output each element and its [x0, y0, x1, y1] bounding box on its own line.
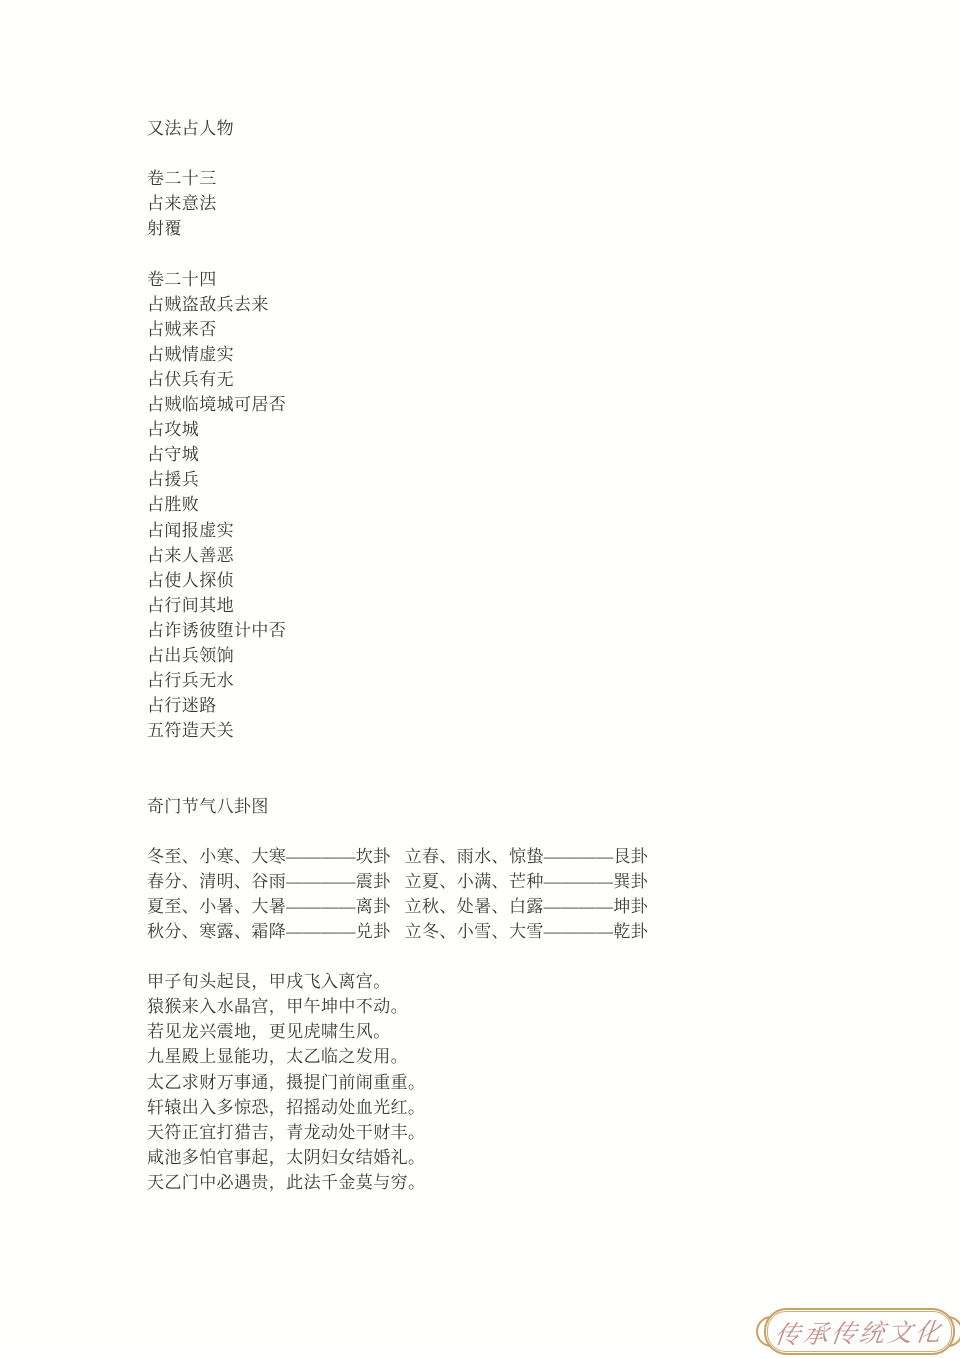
section-solar-terms-map: 冬至、小寒、大寒————坎卦 立春、雨水、惊蛰————艮卦春分、清明、谷雨———…	[147, 844, 648, 944]
section-bagua-title: 奇门节气八卦图	[147, 794, 648, 819]
text-line: 天乙门中必遇贵，此法千金莫与穷。	[147, 1170, 648, 1195]
text-line: 春分、清明、谷雨————震卦 立夏、小满、芒种————巽卦	[147, 869, 648, 894]
text-line: 占来意法	[147, 191, 648, 216]
text-line: 占守城	[147, 442, 648, 467]
text-line: 占出兵领饷	[147, 643, 648, 668]
text-line: 轩辕出入多惊恐，招摇动处血光红。	[147, 1095, 648, 1120]
text-line: 夏至、小暑、大暑————离卦 立秋、处暑、白露————坤卦	[147, 894, 648, 919]
text-line: 占贼临境城可居否	[147, 392, 648, 417]
text-line: 占贼盗敌兵去来	[147, 292, 648, 317]
text-line: 占行间其地	[147, 593, 648, 618]
watermark-badge: 传承传统文化	[764, 1308, 955, 1355]
text-line: 占援兵	[147, 467, 648, 492]
watermark-text: 传承传统文化	[761, 1306, 958, 1356]
text-line: 占伏兵有无	[147, 367, 648, 392]
text-line: 五符造天关	[147, 718, 648, 743]
text-line: 占攻城	[147, 417, 648, 442]
text-line: 占贼情虚实	[147, 342, 648, 367]
document-content: 又法占人物 卷二十三占来意法射覆 卷二十四占贼盗敌兵去来占贼来否占贼情虚实占伏兵…	[147, 116, 648, 1195]
section-poem: 甲子旬头起艮，甲戌飞入离宫。猿猴来入水晶宫，甲午坤中不动。若见龙兴震地，更见虎啸…	[147, 969, 648, 1195]
text-line: 占行兵无水	[147, 668, 648, 693]
text-line: 卷二十四	[147, 267, 648, 292]
text-line: 占使人探侦	[147, 568, 648, 593]
text-line: 占来人善恶	[147, 543, 648, 568]
document-page: 又法占人物 卷二十三占来意法射覆 卷二十四占贼盗敌兵去来占贼来否占贼情虚实占伏兵…	[0, 0, 960, 1358]
text-line: 占行迷路	[147, 693, 648, 718]
text-line: 射覆	[147, 216, 648, 241]
section-preface: 又法占人物	[147, 116, 648, 141]
text-line: 冬至、小寒、大寒————坎卦 立春、雨水、惊蛰————艮卦	[147, 844, 648, 869]
text-line: 占闻报虚实	[147, 518, 648, 543]
text-line: 猿猴来入水晶宫，甲午坤中不动。	[147, 994, 648, 1019]
text-line: 太乙求财万事通，摄提门前闹重重。	[147, 1070, 648, 1095]
section-volume-24: 卷二十四占贼盗敌兵去来占贼来否占贼情虚实占伏兵有无占贼临境城可居否占攻城占守城占…	[147, 267, 648, 744]
text-line: 占胜败	[147, 492, 648, 517]
text-line: 九星殿上显能功，太乙临之发用。	[147, 1044, 648, 1069]
text-line: 占诈诱彼堕计中否	[147, 618, 648, 643]
text-line: 甲子旬头起艮，甲戌飞入离宫。	[147, 969, 648, 994]
text-line: 卷二十三	[147, 166, 648, 191]
text-line: 若见龙兴震地，更见虎啸生风。	[147, 1019, 648, 1044]
text-line: 占贼来否	[147, 317, 648, 342]
text-line: 咸池多怕官事起，太阴妇女结婚礼。	[147, 1145, 648, 1170]
section-volume-23: 卷二十三占来意法射覆	[147, 166, 648, 241]
text-line: 奇门节气八卦图	[147, 794, 648, 819]
text-line: 秋分、寒露、霜降————兑卦 立冬、小雪、大雪————乾卦	[147, 919, 648, 944]
text-line: 又法占人物	[147, 116, 648, 141]
text-line: 天符正宜打猎吉，青龙动处干财丰。	[147, 1120, 648, 1145]
